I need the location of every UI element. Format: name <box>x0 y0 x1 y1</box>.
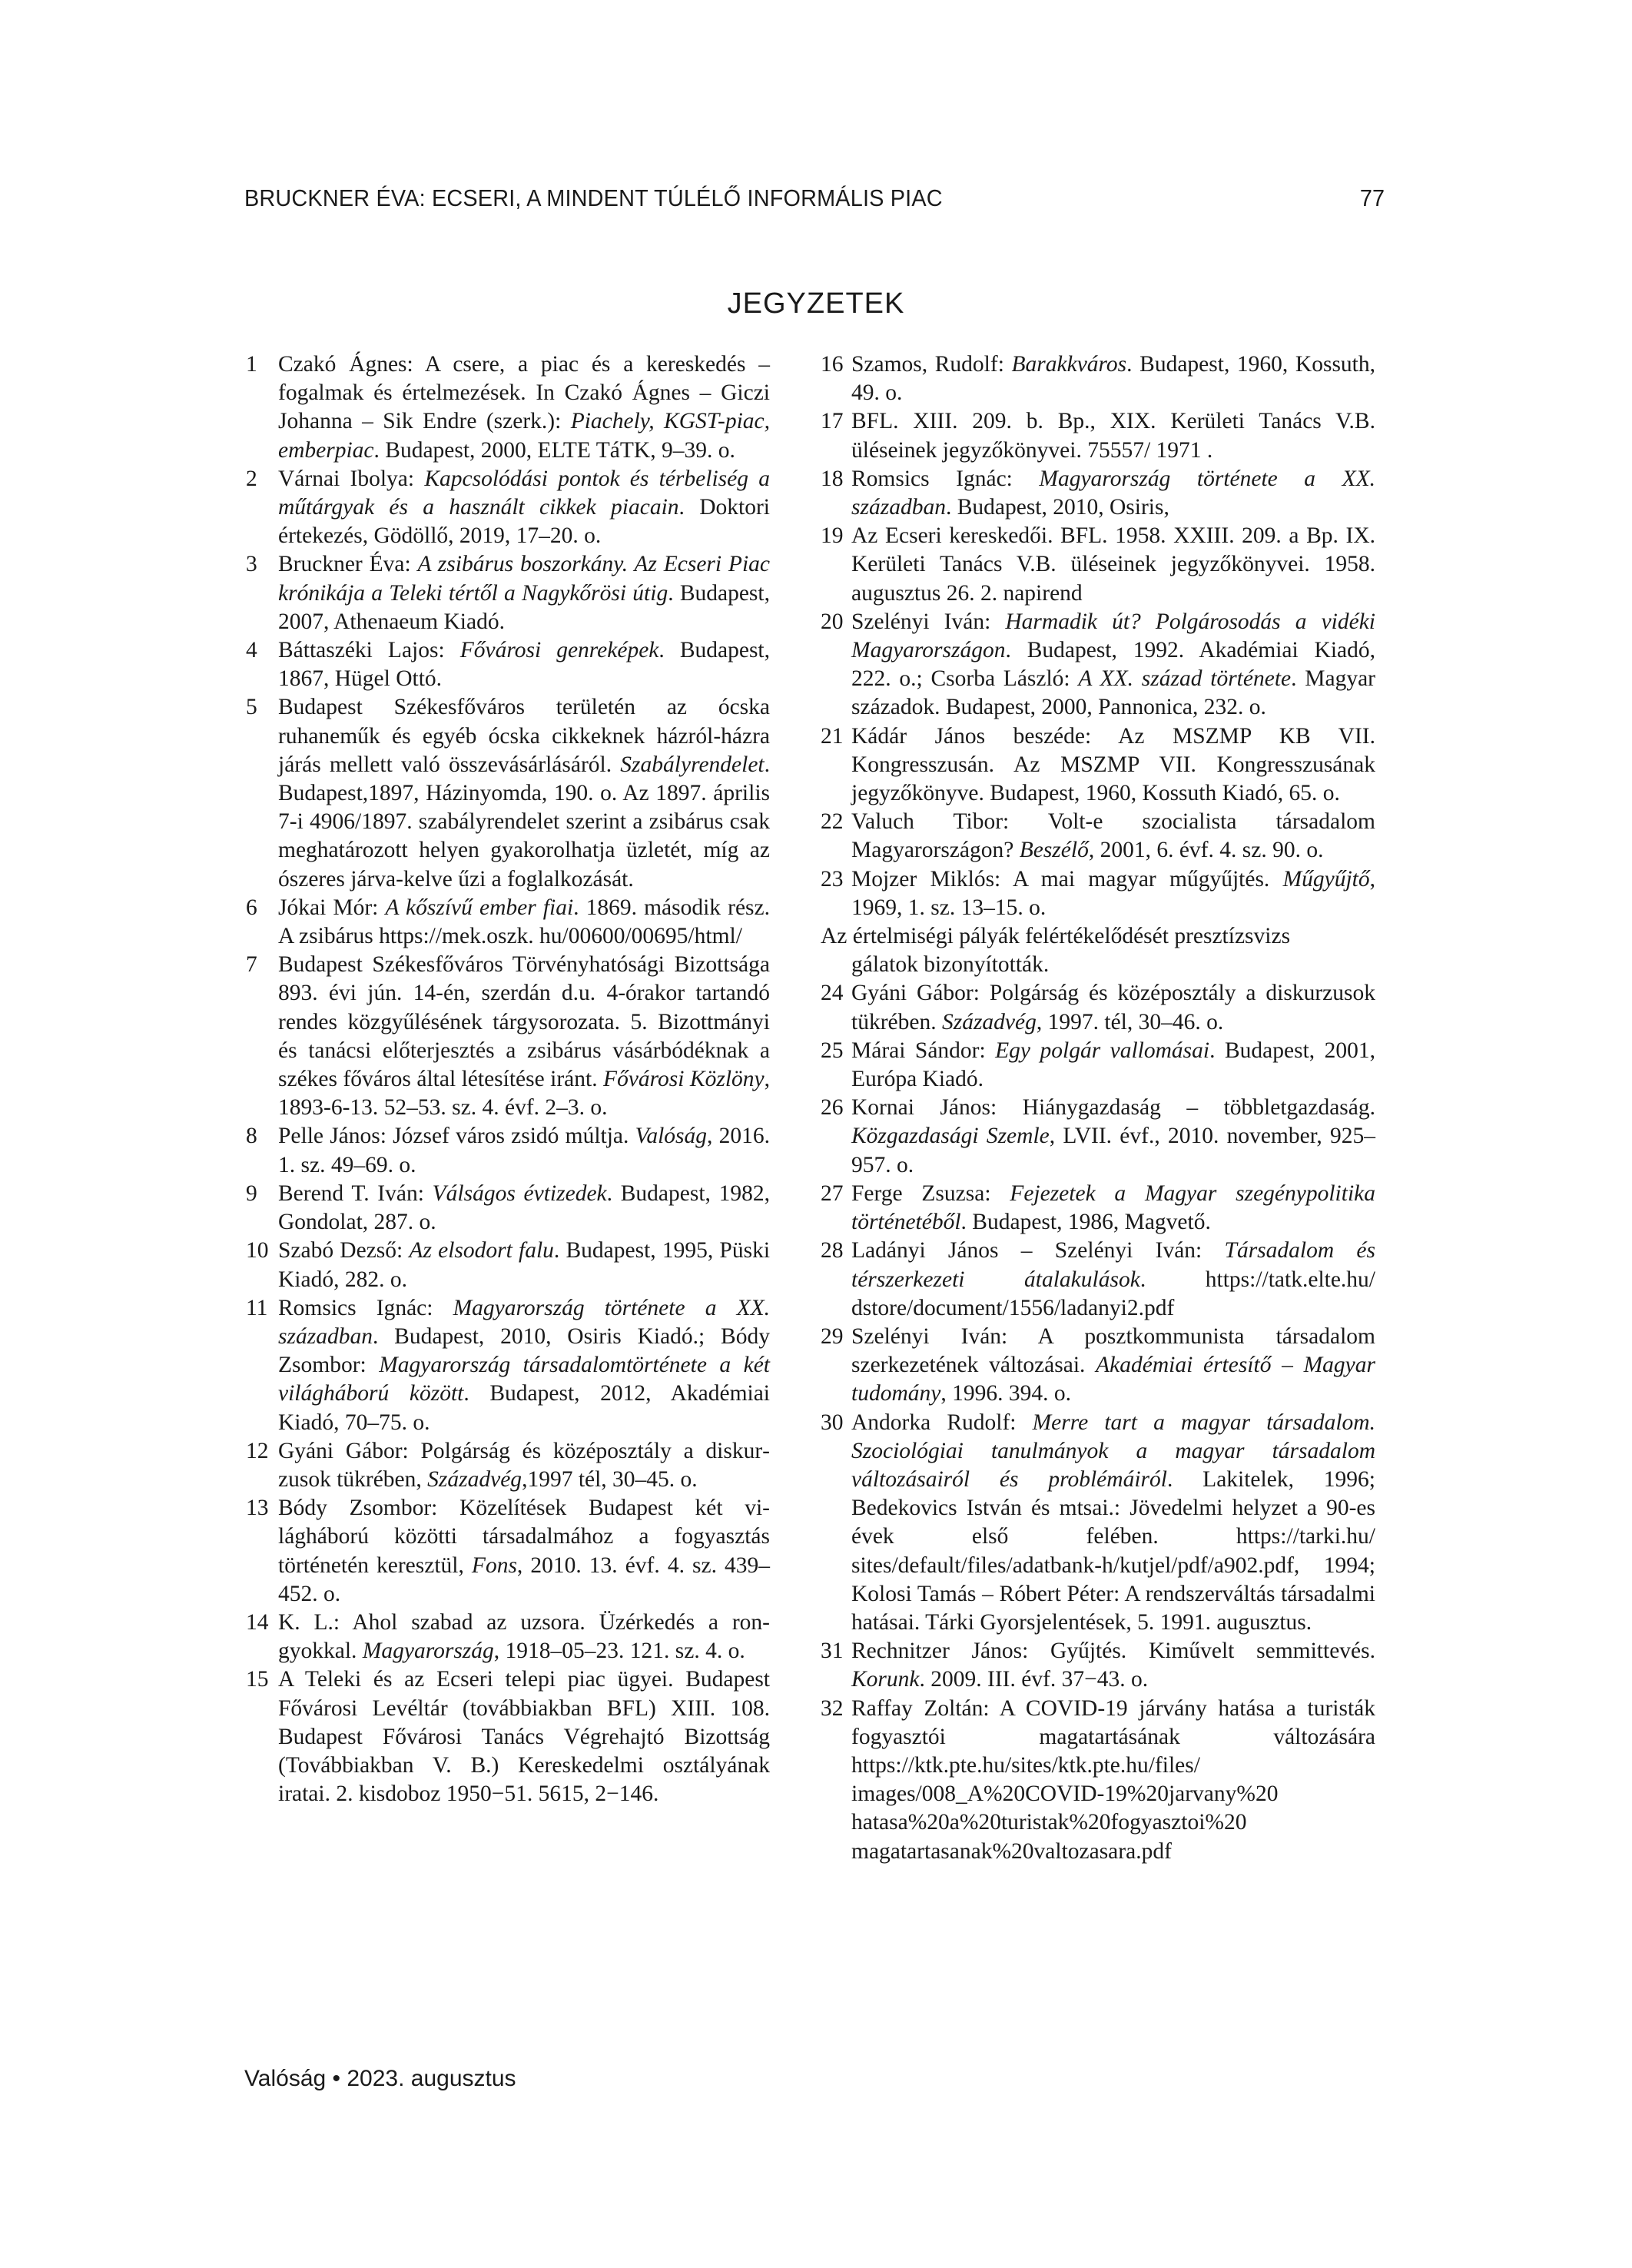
footnote-title-italic: Korunk <box>851 1667 920 1692</box>
footnote-text-run: , 1918–05–23. 121. sz. 4. o. <box>494 1639 745 1663</box>
footnote-number: 19 <box>821 522 851 608</box>
footnote-item: 15A Teleki és az Ecseri telepi piac ügye… <box>246 1665 770 1808</box>
footnote-item: 2Várnai Ibolya: Kapcsolódási pontok és t… <box>246 465 770 551</box>
footnote-item: 18Romsics Ignác: Magyarország története … <box>821 465 1375 522</box>
footnote-text-run: Bruckner Éva: <box>278 552 417 576</box>
footnote-number: 17 <box>821 407 851 464</box>
footnote-number: 2 <box>246 465 278 551</box>
footnote-title-italic: A XX. század története <box>1078 666 1291 691</box>
footnote-text-run: Szamos, Rudolf: <box>851 352 1012 377</box>
footnote-number: 27 <box>821 1180 851 1237</box>
footnote-text: Mojzer Miklós: A mai magyar műgyűjtés. M… <box>851 865 1375 922</box>
footnote-text-run: Az Ecseri kereskedői. BFL. 1958. XXIII. … <box>851 523 1375 605</box>
footnote-number: 14 <box>246 1609 278 1665</box>
footnote-text-run: . Budapest, 2010, Osiris, <box>946 495 1169 520</box>
page-number: 77 <box>1360 184 1385 212</box>
footnote-item: 25Márai Sándor: Egy polgár vallomásai. B… <box>821 1037 1375 1094</box>
footnote-item: 31Rechnitzer János: Gyűjtés. Kiművelt se… <box>821 1637 1375 1694</box>
footnote-text: Kornai János: Hiánygazdaság – többletgaz… <box>851 1094 1375 1180</box>
footnote-text: Szamos, Rudolf: Barakkváros. Budapest, 1… <box>851 350 1375 407</box>
footnote-text-run: ,1997 tél, 30–45. o. <box>522 1467 698 1492</box>
footnote-text-run: Pelle János: József város zsidó múltja. <box>278 1124 635 1148</box>
footnote-item: 26Kornai János: Hiánygazdaság – többletg… <box>821 1094 1375 1180</box>
footnote-item: 20Szelényi Iván: Harmadik út? Polgárosod… <box>821 608 1375 722</box>
footnote-text: Budapest Székesfőváros területén az ócs­… <box>278 693 770 893</box>
footnote-text-run: Várnai Ibolya: <box>278 467 424 491</box>
footnote-item: 28Ladányi János – Szelényi Iván: Társada… <box>821 1237 1375 1323</box>
footnote-text-run: , 1996. 394. o. <box>940 1381 1071 1406</box>
footnote-text: Pelle János: József város zsidó múltja. … <box>278 1122 770 1179</box>
footnote-number: 18 <box>821 465 851 522</box>
footnote-text-run: , 2001, 6. évf. 4. sz. 90. o. <box>1089 838 1324 862</box>
footnote-text-run: . Lakitelek, 1996; Bedekovics István és … <box>851 1467 1375 1635</box>
footnote-title-italic: Közgazdasági Szemle <box>851 1124 1050 1148</box>
footnote-text: Gyáni Gábor: Polgárság és középosztály a… <box>278 1437 770 1494</box>
footnote-item: 4Báttaszéki Lajos: Fővárosi genreképek. … <box>246 636 770 693</box>
footnote-title-italic: Beszélő <box>1020 838 1089 862</box>
footnote-text: Szelényi Iván: A posztkommunista társada… <box>851 1323 1375 1409</box>
footnote-number: 15 <box>246 1665 278 1808</box>
footnote-text: Márai Sándor: Egy polgár vallomásai. Bud… <box>851 1037 1375 1094</box>
footnote-text-run: Báttaszéki Lajos: <box>278 638 460 662</box>
page-footer: Valóság • 2023. augusztus <box>244 2066 516 2092</box>
footnote-text: Gyáni Gábor: Polgárság és középosztály a… <box>851 979 1375 1036</box>
footnote-text: Ladányi János – Szelényi Iván: Társadalo… <box>851 1237 1375 1323</box>
footnote-text-run: Berend T. Iván: <box>278 1181 433 1206</box>
footnote-text-run: . Budapest, 1986, Magvető. <box>961 1210 1211 1234</box>
footnote-title-italic: Barakkváros <box>1012 352 1127 377</box>
footnote-text-run: Andorka Rudolf: <box>851 1410 1033 1435</box>
footnote-number: 24 <box>821 979 851 1036</box>
footnote-number: 13 <box>246 1494 278 1609</box>
footnote-number: 28 <box>821 1237 851 1323</box>
footnote-item: 16Szamos, Rudolf: Barakkváros. Budapest,… <box>821 350 1375 407</box>
footnote-text: Czakó Ágnes: A csere, a piac és a keresk… <box>278 350 770 465</box>
footnote-text-run: Rechnitzer János: Gyűjtés. Kiművelt semm… <box>851 1639 1375 1663</box>
footnote-item: 24Gyáni Gábor: Polgárság és középosztály… <box>821 979 1375 1036</box>
footnote-number: 16 <box>821 350 851 407</box>
footnote-text: Andorka Rudolf: Merre tart a magyar társ… <box>851 1409 1375 1638</box>
running-header: BRUCKNER ÉVA: ECSERI, A MINDENT TÚLÉLŐ I… <box>244 184 1306 212</box>
footnote-item: 19Az Ecseri kereskedői. BFL. 1958. XXIII… <box>821 522 1375 608</box>
footnote-item: Az értelmiségi pályák felértékelődését p… <box>821 922 1375 979</box>
footnote-text-run: Márai Sándor: <box>851 1038 995 1063</box>
footnote-item: 32Raffay Zoltán: A COVID-19 járvány hatá… <box>821 1695 1375 1866</box>
footnote-number: 29 <box>821 1323 851 1409</box>
footnote-title-italic: Fővárosi Közlöny <box>603 1067 765 1091</box>
footnote-title-italic: Századvég <box>427 1467 522 1492</box>
footnote-title-italic: A kőszívű ember fiai <box>385 895 573 920</box>
footnote-text: Romsics Ignác: Magyarország története a … <box>278 1294 770 1437</box>
footnote-text-run: Kádár János beszéde: Az MSZMP KB VII. Ko… <box>851 724 1375 805</box>
footnote-item: 23Mojzer Miklós: A mai magyar műgyűjtés.… <box>821 865 1375 922</box>
footnote-text-run: BFL. XIII. 209. b. Bp., XIX. Kerületi Ta… <box>851 409 1375 462</box>
footnote-number: 10 <box>246 1237 278 1293</box>
footnote-number: 4 <box>246 636 278 693</box>
footnote-text: A Teleki és az Ecseri telepi piac ügyei.… <box>278 1665 770 1808</box>
notes-column-left: 1Czakó Ágnes: A csere, a piac és a keres… <box>246 350 770 1808</box>
footnote-item: 17BFL. XIII. 209. b. Bp., XIX. Kerületi … <box>821 407 1375 464</box>
footnote-text-run: Romsics Ignác: <box>851 467 1039 491</box>
footnote-text: Szelényi Iván: Harmadik út? Polgárosodás… <box>851 608 1375 722</box>
footnote-text: Az értelmiségi pályák felértékelődését p… <box>821 922 1375 951</box>
footnote-title-italic: Századvég <box>942 1010 1037 1034</box>
footnote-title-italic: Válságos évtizedek <box>433 1181 607 1206</box>
footnote-number: 20 <box>821 608 851 722</box>
footnote-item: 11Romsics Ignác: Magyarország története … <box>246 1294 770 1437</box>
footnote-title-italic: Egy polgár vallomásai <box>995 1038 1209 1063</box>
footnote-item: 3Bruckner Éva: A zsibárus boszorkány. Az… <box>246 550 770 636</box>
footnote-text: Valuch Tibor: Volt-e szocialista társada… <box>851 808 1375 865</box>
footnote-text-run: Kornai János: Hiánygazdaság – többletgaz… <box>851 1095 1375 1120</box>
footnote-title-italic: Szabályrendelet <box>620 752 764 777</box>
footnote-text: Bruckner Éva: A zsibárus boszorkány. Az … <box>278 550 770 636</box>
footnote-number: 6 <box>246 894 278 951</box>
footnote-number: 7 <box>246 951 278 1122</box>
footnote-title-italic: Valóság <box>635 1124 707 1148</box>
footnote-item: 6Jókai Mór: A kőszívű ember fiai. 1869. … <box>246 894 770 951</box>
footnote-item: 7Budapest Székesfőváros Törvényhatósági … <box>246 951 770 1122</box>
footnote-text-run: Romsics Ignác: <box>278 1296 453 1320</box>
footnote-text-run: Szelényi Iván: <box>851 609 1005 634</box>
footnote-text: Budapest Székesfőváros Törvényhatósági B… <box>278 951 770 1122</box>
footnote-text-run: A Teleki és az Ecseri telepi piac ügyei.… <box>278 1667 770 1806</box>
footnote-number: 32 <box>821 1695 851 1866</box>
footnote-text-run: Jókai Mór: <box>278 895 385 920</box>
footnote-title-italic: Az elsodort falu <box>409 1238 554 1263</box>
footnote-number: 23 <box>821 865 851 922</box>
footnote-number: 25 <box>821 1037 851 1094</box>
footnote-text: Báttaszéki Lajos: Fővárosi genreképek. B… <box>278 636 770 693</box>
footnote-item: 22Valuch Tibor: Volt-e szocialista társa… <box>821 808 1375 865</box>
notes-column-right: 16Szamos, Rudolf: Barakkváros. Budapest,… <box>821 350 1375 1866</box>
footnote-number: 3 <box>246 550 278 636</box>
footnote-title-italic: Műgyűjtő <box>1283 867 1370 892</box>
footnote-number: 30 <box>821 1409 851 1638</box>
footnote-title-italic: Fővárosi genreképek <box>460 638 659 662</box>
footnote-text: Raffay Zoltán: A COVID-19 járvány hatása… <box>851 1695 1375 1866</box>
footnote-text: K. L.: Ahol szabad az uzsora. Üzérkedés … <box>278 1609 770 1665</box>
footnote-text: Szabó Dezső: Az elsodort falu. Budapest,… <box>278 1237 770 1293</box>
footnote-item: 29Szelényi Iván: A posztkommunista társa… <box>821 1323 1375 1409</box>
footnote-text: Az Ecseri kereskedői. BFL. 1958. XXIII. … <box>851 522 1375 608</box>
section-title: JEGYZETEK <box>0 287 1632 320</box>
running-title: BRUCKNER ÉVA: ECSERI, A MINDENT TÚLÉLŐ I… <box>244 184 943 212</box>
footnote-number: 31 <box>821 1637 851 1694</box>
footnote-item: 8Pelle János: József város zsidó múltja.… <box>246 1122 770 1179</box>
footnote-text-run: , 1997. tél, 30–46. o. <box>1037 1010 1223 1034</box>
footnote-item: 5Budapest Székesfőváros területén az ócs… <box>246 693 770 893</box>
footnote-title-italic: Fons <box>472 1553 517 1578</box>
footnote-text: Berend T. Iván: Válságos évtizedek. Buda… <box>278 1180 770 1237</box>
footnote-text: BFL. XIII. 209. b. Bp., XIX. Kerületi Ta… <box>851 407 1375 464</box>
footnote-number: 1 <box>246 350 278 465</box>
footnote-text-run: . 2009. III. évf. 37−43. o. <box>920 1667 1149 1692</box>
footnote-text-run: Ladányi János – Szelényi Iván: <box>851 1238 1225 1263</box>
footnote-title-italic: Magyarország <box>363 1639 494 1663</box>
footnote-number: 26 <box>821 1094 851 1180</box>
footnote-item: 10Szabó Dezső: Az elsodort falu. Budapes… <box>246 1237 770 1293</box>
footnote-text-run: Mojzer Miklós: A mai magyar műgyűjtés. <box>851 867 1283 892</box>
footnote-text-run: Ferge Zsuzsa: <box>851 1181 1010 1206</box>
footnote-text: Kádár János beszéde: Az MSZMP KB VII. Ko… <box>851 722 1375 809</box>
footnote-item: 1Czakó Ágnes: A csere, a piac és a keres… <box>246 350 770 465</box>
footnote-text-run: Raffay Zoltán: A COVID-19 járvány hatása… <box>851 1696 1375 1864</box>
footnote-item: 12Gyáni Gábor: Polgárság és középosztály… <box>246 1437 770 1494</box>
footnote-text-run: Szabó Dezső: <box>278 1238 409 1263</box>
footnote-text: Rechnitzer János: Gyűjtés. Kiművelt semm… <box>851 1637 1375 1694</box>
footnote-text: Jókai Mór: A kőszívű ember fiai. 1869. m… <box>278 894 770 951</box>
footnote-item: 27Ferge Zsuzsa: Fejezetek a Magyar szegé… <box>821 1180 1375 1237</box>
footnote-text: gálatok bizonyították. <box>821 951 1375 979</box>
footnote-item: 21Kádár János beszéde: Az MSZMP KB VII. … <box>821 722 1375 809</box>
footnote-number: 12 <box>246 1437 278 1494</box>
footnote-number: 8 <box>246 1122 278 1179</box>
footnote-text-run: . Budapest, 2000, ELTE TáTK, 9–39. o. <box>374 438 735 463</box>
footnote-item: 30Andorka Rudolf: Merre tart a magyar tá… <box>821 1409 1375 1638</box>
footnote-number: 9 <box>246 1180 278 1237</box>
footnote-item: 13Bódy Zsombor: Közelítések Budapest két… <box>246 1494 770 1609</box>
footnote-text: Várnai Ibolya: Kapcsolódási pontok és té… <box>278 465 770 551</box>
footnote-item: 14K. L.: Ahol szabad az uzsora. Üzérkedé… <box>246 1609 770 1665</box>
footnote-number: 21 <box>821 722 851 809</box>
footnote-text: Romsics Ignác: Magyarország története a … <box>851 465 1375 522</box>
footnote-number: 22 <box>821 808 851 865</box>
footnote-item: 9Berend T. Iván: Válságos évtizedek. Bud… <box>246 1180 770 1237</box>
footnote-text: Ferge Zsuzsa: Fejezetek a Magyar szegény… <box>851 1180 1375 1237</box>
footnote-number: 11 <box>246 1294 278 1437</box>
footnote-text: Bódy Zsombor: Közelítések Budapest két v… <box>278 1494 770 1609</box>
footnote-number: 5 <box>246 693 278 893</box>
